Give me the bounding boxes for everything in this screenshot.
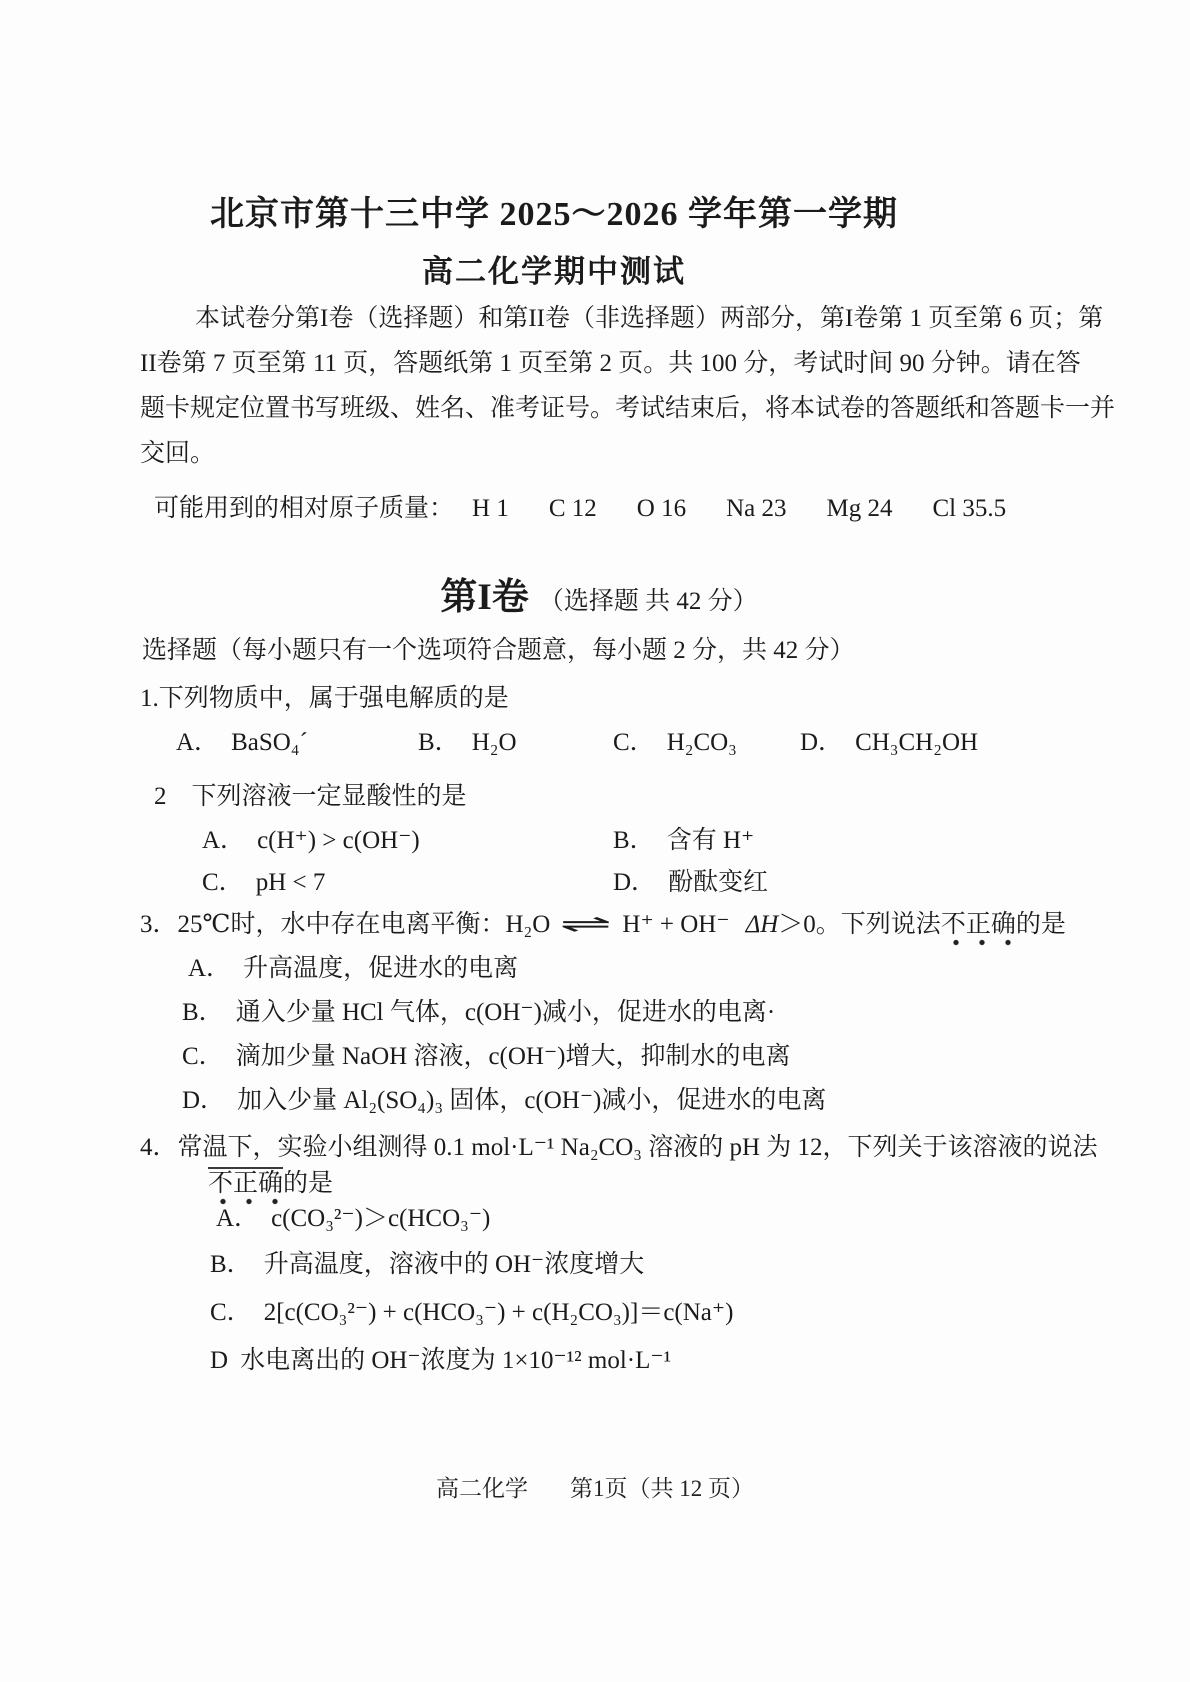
option-item: B．含有 H⁺ — [613, 820, 754, 856]
option-text: H₂CO₃ — [667, 729, 737, 756]
atomic-mass-item: Mg 24 — [826, 495, 892, 523]
option-text: 水电离出的 OH⁻浓度为 1×10⁻¹² mol·L⁻¹ — [240, 1347, 671, 1374]
option-item: D．CH₃CH₂OH — [800, 722, 978, 758]
section-heading: 第I卷（选择题 共 42 分） — [140, 566, 1058, 620]
exam-paper-page: 北京市第十三中学 2025～2026 学年第一学期 高二化学期中测试 本试卷分第… — [0, 0, 1190, 1682]
intro-line: 交回。 — [140, 431, 1058, 476]
option-label: C． — [182, 1043, 224, 1070]
option-item: C．pH < 7 — [202, 862, 325, 898]
option-item: B．通入少量 HCl 气体，c(OH⁻)减小，促进水的电离· — [182, 992, 775, 1028]
emphasized-text: 不正确 — [941, 911, 1016, 946]
option-label: A． — [188, 955, 231, 982]
atomic-masses-row: 可能用到的相对原子质量： H 1 C 12 O 16 Na 23 Mg 24 C… — [154, 488, 1046, 524]
option-label: B． — [210, 1251, 252, 1278]
page-title: 北京市第十三中学 2025～2026 学年第一学期 — [95, 186, 1013, 235]
question-3-stem: 3．25℃时，水中存在电离平衡：H₂O⇌H⁺ + OH⁻ΔH＞0。下列说法不正确… — [140, 904, 1066, 940]
option-label: C． — [210, 1299, 252, 1326]
option-text: 加入少量 Al₂(SO₄)₃ 固体，c(OH⁻)减小，促进水的电离 — [237, 1087, 826, 1114]
option-item: A．c(H⁺) > c(OH⁻) — [202, 820, 420, 856]
stem-text: 的是 — [283, 1170, 333, 1197]
option-text: pH < 7 — [256, 869, 326, 896]
question-2-stem: 2 下列溶液一定显酸性的是 — [154, 776, 467, 812]
option-text: 滴加少量 NaOH 溶液，c(OH⁻)增大，抑制水的电离 — [236, 1043, 791, 1070]
option-text: 酚酞变红 — [668, 869, 768, 896]
option-label: B． — [613, 827, 655, 854]
option-item: C．H₂CO₃ — [613, 722, 737, 758]
option-label: D — [210, 1347, 228, 1374]
option-item: B．H₂O — [418, 722, 517, 758]
option-label: A． — [176, 729, 219, 756]
option-label: D． — [613, 869, 656, 896]
stem-text: 的是 — [1016, 911, 1066, 938]
option-text: 含有 H⁺ — [667, 827, 755, 854]
option-label: C． — [202, 869, 244, 896]
option-text: 2[c(CO₃²⁻) + c(HCO₃⁻) + c(H₂CO₃)]＝c(Na⁺) — [264, 1299, 734, 1326]
question-4-stem-line2: 不正确的是 — [208, 1163, 333, 1199]
atomic-mass-item: Na 23 — [726, 495, 786, 523]
option-text: 升高温度，促进水的电离 — [243, 955, 518, 982]
option-item: D水电离出的 OH⁻浓度为 1×10⁻¹² mol·L⁻¹ — [210, 1340, 671, 1376]
question-1-stem: 1.下列物质中，属于强电解质的是 — [140, 678, 509, 714]
option-text: 升高温度，溶液中的 OH⁻浓度增大 — [264, 1251, 645, 1278]
option-text: CH₃CH₂OH — [855, 729, 978, 756]
question-4-stem-line1: 4．常温下，实验小组测得 0.1 mol·L⁻¹ Na₂CO₃ 溶液的 pH 为… — [140, 1127, 1098, 1163]
stem-text: 3．25℃时，水中存在电离平衡：H₂O — [140, 911, 550, 938]
atomic-mass-item: H 1 — [472, 495, 509, 523]
atomic-mass-item: O 16 — [637, 495, 686, 523]
option-item: A．BaSO₄ˊ — [176, 722, 308, 758]
option-item: C．滴加少量 NaOH 溶液，c(OH⁻)增大，抑制水的电离 — [182, 1036, 791, 1072]
instructions-text: 选择题（每小题只有一个选项符合题意，每小题 2 分，共 42 分） — [142, 630, 855, 666]
atomic-masses-label: 可能用到的相对原子质量： — [154, 488, 454, 524]
delta-h-term: ΔH — [746, 911, 779, 938]
option-label: C． — [613, 729, 655, 756]
section-subtitle: （选择题 共 42 分） — [539, 588, 758, 615]
atomic-mass-item: C 12 — [549, 495, 597, 523]
intro-line: 题卡规定位置书写班级、姓名、准考证号。考试结束后，将本试卷的答题纸和答题卡一并 — [140, 386, 1058, 431]
intro-paragraph: 本试卷分第I卷（选择题）和第II卷（非选择题）两部分，第I卷第 1 页至第 6 … — [140, 296, 1058, 476]
option-item: C．2[c(CO₃²⁻) + c(HCO₃⁻) + c(H₂CO₃)]＝c(Na… — [210, 1292, 733, 1328]
option-label: A． — [216, 1205, 259, 1232]
intro-line: II卷第 7 页至第 11 页，答题纸第 1 页至第 2 页。共 100 分，考… — [140, 341, 1058, 386]
section-title: 第I卷 — [440, 577, 528, 618]
option-item: B．升高温度，溶液中的 OH⁻浓度增大 — [210, 1244, 644, 1280]
atomic-mass-item: Cl 35.5 — [932, 495, 1006, 523]
stem-text: ＞0。下列说法 — [778, 911, 941, 938]
option-text: H₂O — [472, 729, 517, 756]
footer-course-label: 高二化学 — [436, 1470, 528, 1503]
option-text: c(H⁺) > c(OH⁻) — [257, 827, 420, 854]
option-label: B． — [182, 999, 224, 1026]
option-item: D．加入少量 Al₂(SO₄)₃ 固体，c(OH⁻)减小，促进水的电离 — [182, 1080, 826, 1116]
option-label: B． — [418, 729, 460, 756]
intro-line: 本试卷分第I卷（选择题）和第II卷（非选择题）两部分，第I卷第 1 页至第 6 … — [140, 296, 1058, 341]
option-text: c(CO₃²⁻)＞c(HCO₃⁻) — [271, 1205, 490, 1232]
exam-subtitle: 高二化学期中测试 — [95, 246, 1013, 291]
option-label: A． — [202, 827, 245, 854]
option-label: D． — [182, 1087, 225, 1114]
option-item: A．c(CO₃²⁻)＞c(HCO₃⁻) — [216, 1198, 490, 1234]
option-label: D． — [800, 729, 843, 756]
option-text: 通入少量 HCl 气体，c(OH⁻)减小，促进水的电离· — [236, 999, 776, 1026]
page-footer: 高二化学 第1页（共 12 页） — [0, 1470, 1190, 1503]
option-item: D．酚酞变红 — [613, 862, 768, 898]
option-text: BaSO₄ˊ — [231, 729, 308, 756]
equilibrium-arrow-icon: ⇌ — [560, 910, 612, 938]
footer-page-number: 第1页（共 12 页） — [570, 1470, 754, 1503]
stem-text: H⁺ + OH⁻ — [622, 911, 729, 938]
option-item: A．升高温度，促进水的电离 — [188, 948, 518, 984]
